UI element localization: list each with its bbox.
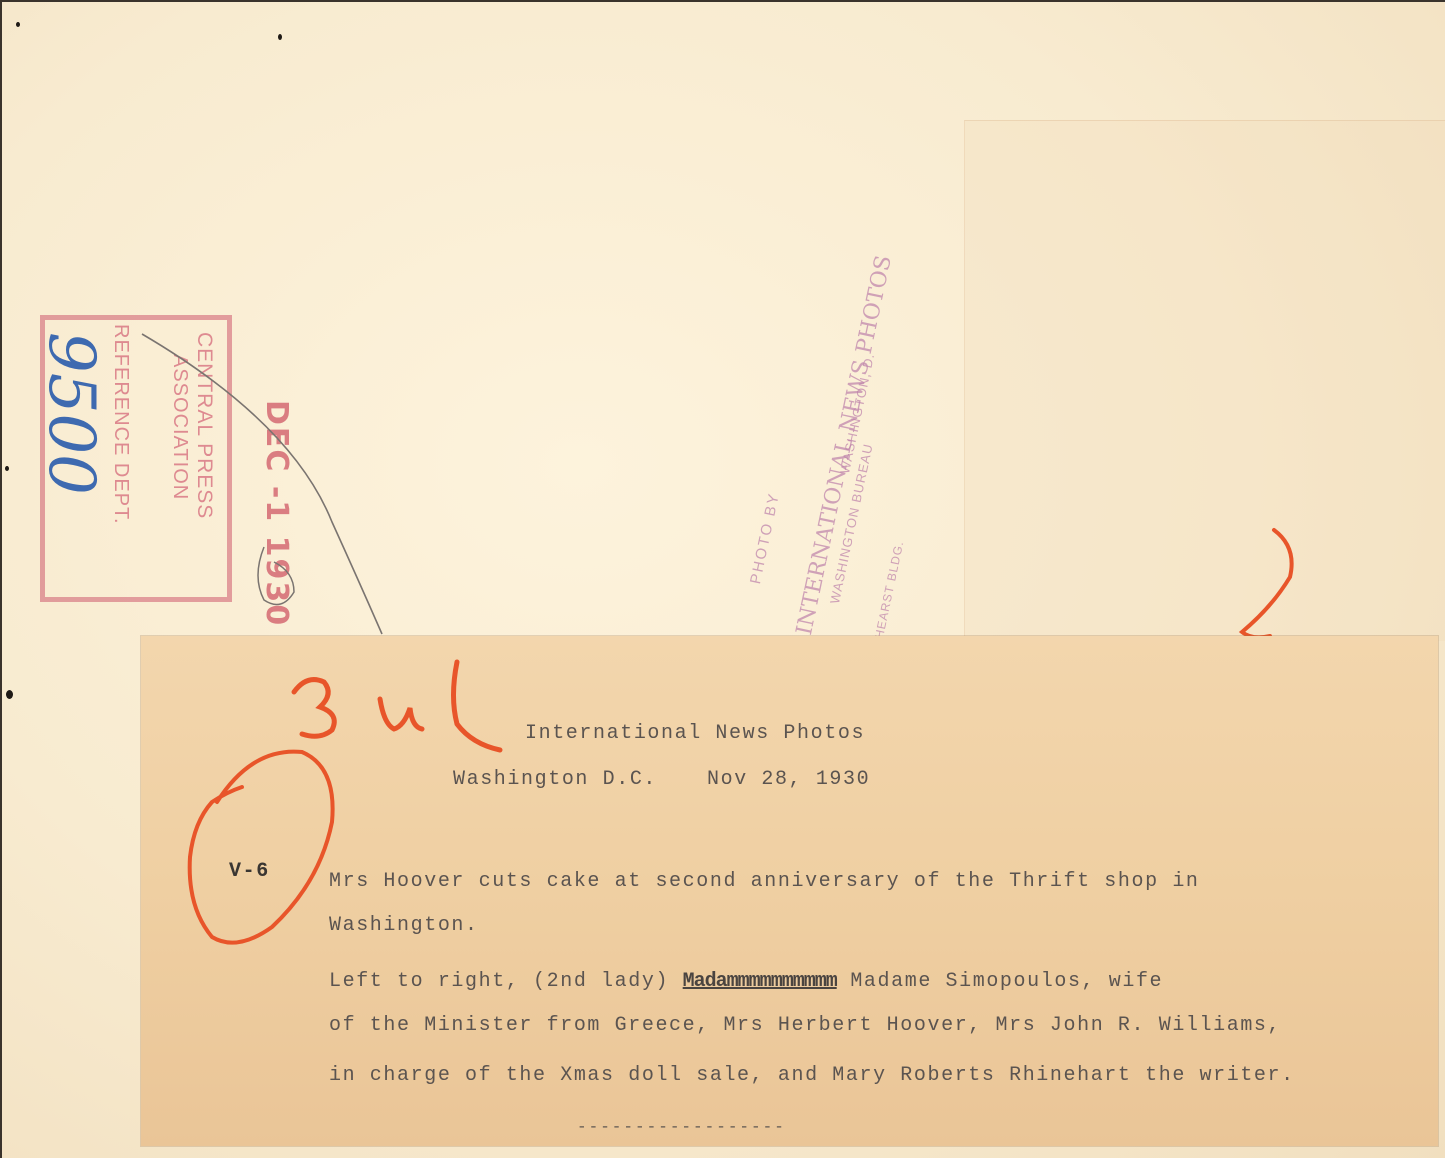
caption-line-2: Washington.	[329, 914, 479, 937]
caption-line-3: Left to right, (2nd lady) Madammmmmmmmmm…	[329, 970, 1163, 993]
caption-line-3-start: Left to right, (2nd lady)	[329, 970, 669, 993]
caption-agency: International News Photos	[525, 722, 865, 745]
paper-speck	[6, 690, 13, 699]
typed-caption-card: International News Photos Washington D.C…	[141, 636, 1438, 1146]
struck-out-text: Madammmmmmmmmm	[683, 970, 837, 993]
caption-dateline-city: Washington D.C.	[453, 768, 657, 791]
caption-line-5: in charge of the Xmas doll sale, and Mar…	[329, 1064, 1295, 1087]
caption-line-1: Mrs Hoover cuts cake at second anniversa…	[329, 870, 1200, 893]
received-date-stamp: DEC -1 1930	[259, 400, 294, 627]
central-press-stamp-line1: CENTRAL PRESS	[192, 332, 216, 519]
paper-speck	[16, 22, 20, 27]
handwritten-reference-number: 9500	[34, 332, 108, 495]
paper-speck	[5, 466, 9, 471]
caption-line-3-end: Madame Simopoulos, wife	[850, 970, 1163, 993]
ins-photo-credit-stamp: PHOTO BY INTERNATIONAL NEWS PHOTOS WASHI…	[697, 302, 897, 642]
faded-print-region	[964, 120, 1445, 641]
photo-verso-sheet: CENTRAL PRESS ASSOCIATION REFERENCE DEPT…	[0, 0, 1445, 1158]
ins-stamp-line5: HEARST BLDG.	[872, 539, 906, 640]
central-press-stamp-line2: ASSOCIATION	[168, 354, 191, 500]
caption-line-4: of the Minister from Greece, Mrs Herbert…	[329, 1014, 1281, 1037]
paper-speck	[278, 34, 282, 40]
caption-dateline-date: Nov 28, 1930	[707, 768, 870, 791]
ins-stamp-line1: PHOTO BY	[747, 491, 783, 586]
caption-footer-rule: ------------------	[577, 1118, 786, 1136]
central-press-stamp-line3: REFERENCE DEPT.	[109, 324, 132, 525]
caption-code: V-6	[229, 860, 270, 883]
